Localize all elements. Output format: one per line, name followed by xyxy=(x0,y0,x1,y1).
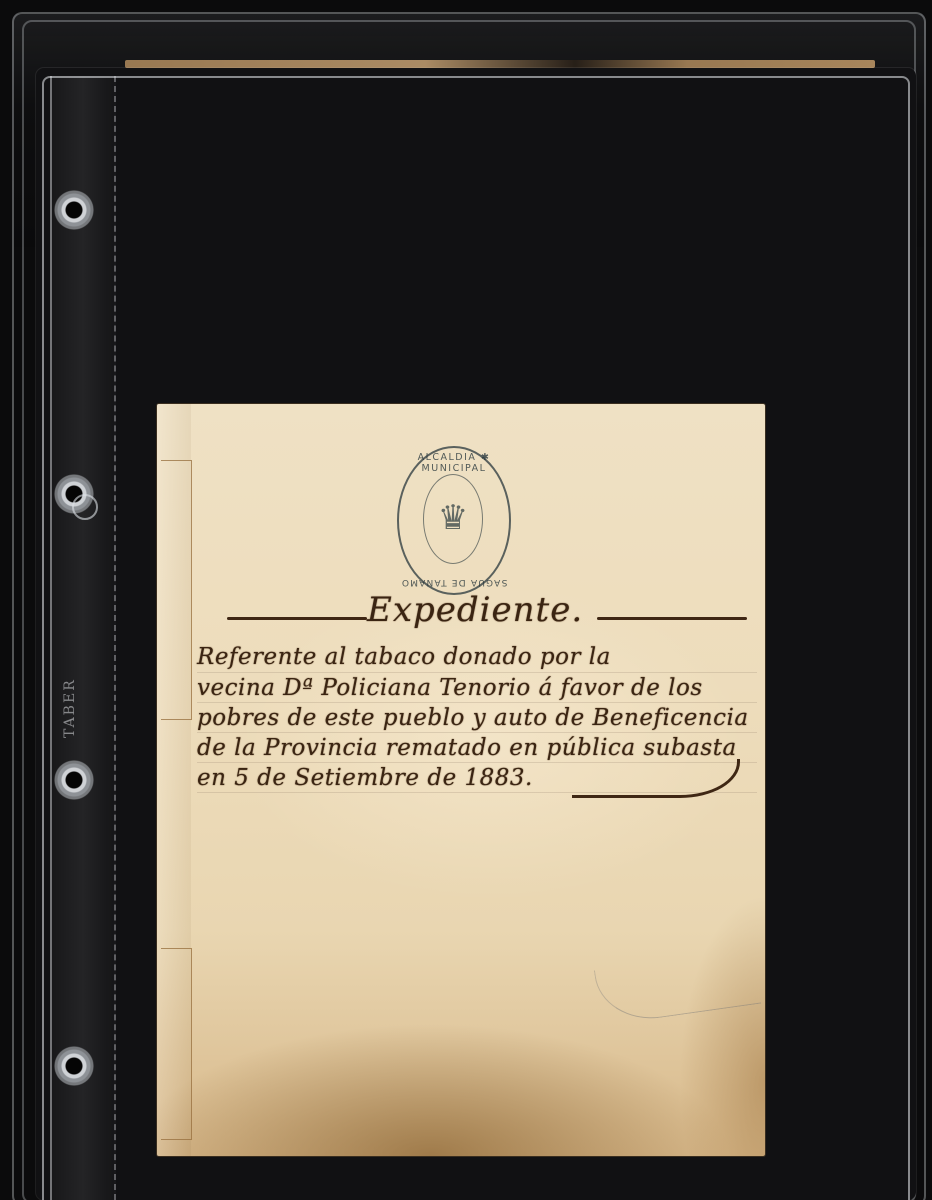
title-rule-right xyxy=(597,617,747,620)
manuscript-line: en 5 de Setiembre de 1883. xyxy=(197,765,533,791)
ruled-line xyxy=(197,732,757,733)
ring-hole-icon xyxy=(54,190,94,230)
document-page: ALCALDIA ✱ MUNICIPAL ♛ SAGUA DE TANAMO E… xyxy=(157,404,765,1156)
ring-hole-icon xyxy=(54,1046,94,1086)
stamp-top-text: ALCALDIA ✱ MUNICIPAL xyxy=(399,452,509,474)
manuscript-line: Referente al tabaco donado por la xyxy=(197,644,611,670)
manuscript-line: pobres de este pueblo y auto de Benefice… xyxy=(197,705,749,731)
ring-hole-icon xyxy=(54,760,94,800)
sleeve-brand-label: TABER xyxy=(62,668,92,748)
manuscript-line: de la Provincia rematado en pública suba… xyxy=(197,735,737,761)
municipal-stamp: ALCALDIA ✱ MUNICIPAL ♛ SAGUA DE TANAMO xyxy=(397,446,511,595)
crown-crest-icon: ♛ xyxy=(431,478,475,558)
manuscript-line: vecina Dª Policiana Tenorio á favor de l… xyxy=(197,675,703,701)
stitch-mark-top xyxy=(161,460,192,720)
stamp-bottom-text: SAGUA DE TANAMO xyxy=(399,577,509,587)
pencil-mark xyxy=(594,948,761,1026)
ruled-line xyxy=(197,702,757,703)
title-rule-left xyxy=(227,617,367,620)
binder-strip xyxy=(50,76,116,1200)
stitch-mark-bottom xyxy=(161,948,192,1140)
underlying-page-edge xyxy=(125,60,875,68)
ruled-line xyxy=(197,672,757,673)
document-title: Expediente. xyxy=(367,590,583,630)
ring-hole-icon xyxy=(54,474,94,514)
